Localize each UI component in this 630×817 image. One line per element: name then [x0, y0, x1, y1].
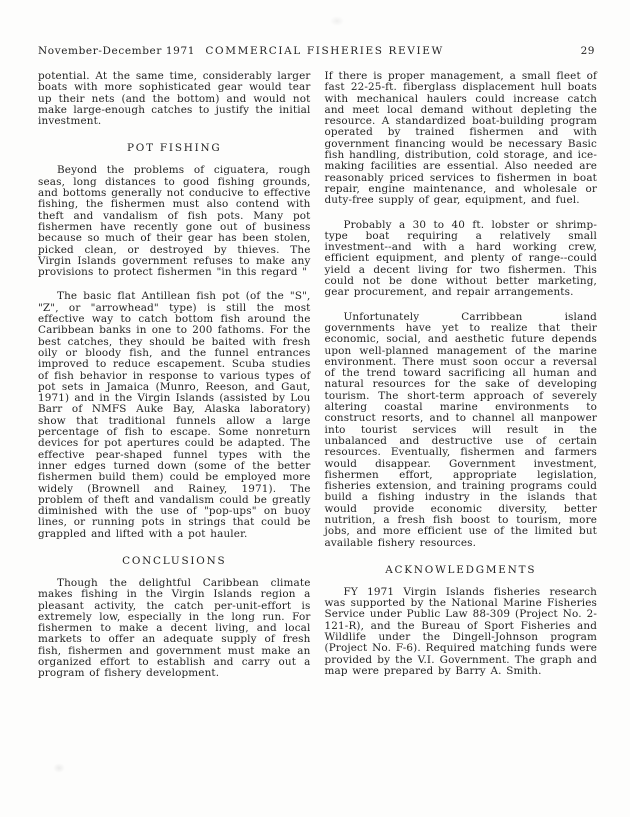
scan-artifact-mark — [53, 763, 65, 773]
left-column: potential. At the same time, considerabl… — [38, 71, 311, 693]
page-header: November-December 1971 COMMERCIAL FISHER… — [38, 45, 597, 59]
paragraph-unfortunately-governments: Unfortunately Carribbean island governme… — [325, 312, 598, 549]
heading-acknowledgments: ACKNOWLEDGMENTS — [325, 564, 598, 576]
two-column-body: potential. At the same time, considerabl… — [38, 71, 597, 693]
paragraph-beyond-problems: Beyond the problems of ciguatera, rough … — [38, 165, 311, 278]
journal-title: COMMERCIAL FISHERIES REVIEW — [205, 45, 443, 57]
issue-date: November-December 1971 — [38, 45, 195, 57]
paragraph-proper-management: If there is proper management, a small f… — [325, 71, 598, 207]
paragraph-conclusions: Though the delightful Caribbean climate … — [38, 578, 311, 680]
paragraph-probably-boat: Probably a 30 to 40 ft. lobster or shrim… — [325, 220, 598, 299]
paragraph-potential-continuation: potential. At the same time, considerabl… — [38, 71, 311, 127]
paragraph-basic-fish-pot: The basic flat Antillean fish pot (of th… — [38, 291, 311, 540]
heading-pot-fishing: POT FISHING — [38, 142, 311, 154]
page-number: 29 — [581, 45, 595, 57]
heading-conclusions: CONCLUSIONS — [38, 555, 311, 567]
journal-page: November-December 1971 COMMERCIAL FISHER… — [0, 0, 630, 817]
right-column: If there is proper management, a small f… — [325, 71, 598, 693]
paragraph-acknowledgments: FY 1971 Virgin Islands fisheries researc… — [325, 587, 598, 677]
scan-smudge-mark — [330, 16, 344, 26]
